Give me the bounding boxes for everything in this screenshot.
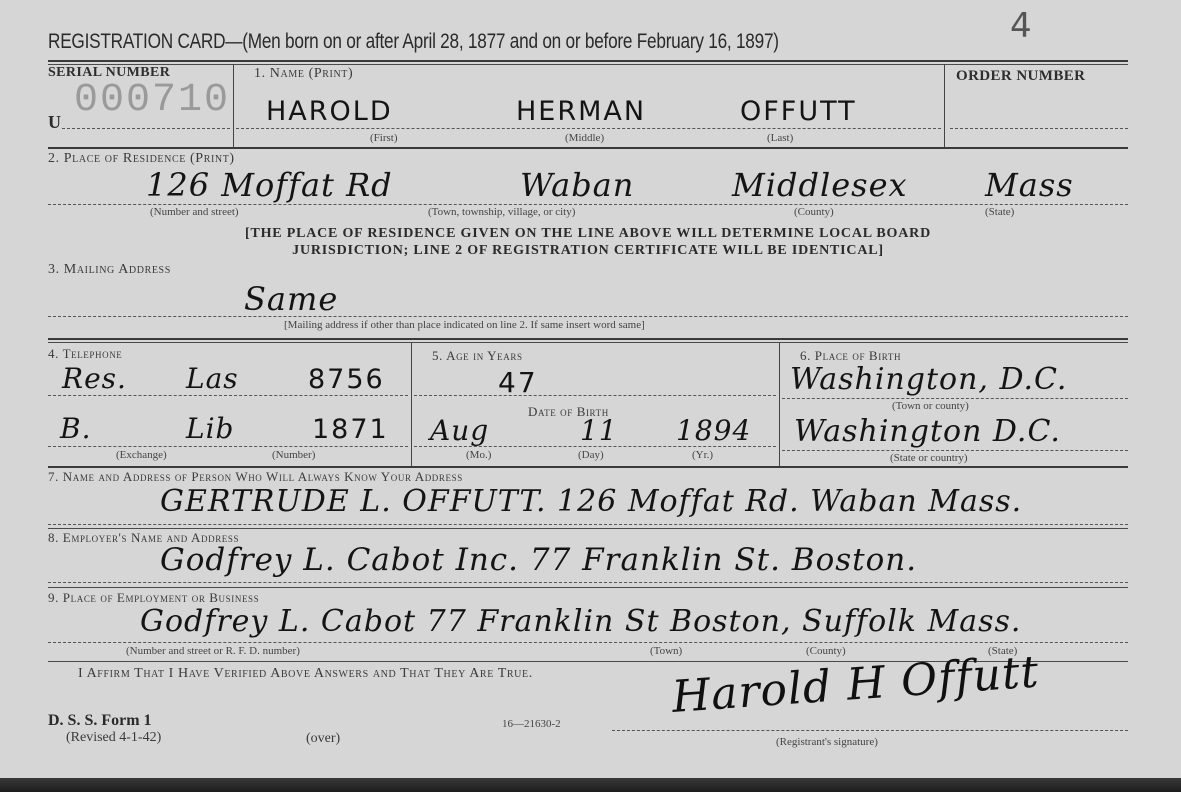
name-last-caption: (Last) [767, 132, 793, 144]
name-first-caption: (First) [370, 132, 398, 144]
signature-line [612, 730, 1128, 731]
divider-serial [233, 64, 234, 148]
telephone-res-type: Res. [62, 362, 127, 395]
dob-month: Aug [430, 414, 489, 447]
residence-street-caption: (Number and street) [150, 206, 239, 218]
residence-street: 126 Moffat Rd [146, 166, 393, 204]
order-number-label: ORDER NUMBER [956, 68, 1085, 85]
residence-county-caption: (County) [794, 206, 834, 218]
mailing-line [48, 316, 1128, 317]
birthplace-state: Washington D.C. [794, 414, 1061, 449]
dob-year-caption: (Yr.) [692, 449, 713, 461]
contact-value: GERTRUDE L. OFFUTT. 126 Moffat Rd. Waban… [160, 484, 1022, 519]
registration-card: REGISTRATION CARD—(Men born on or after … [0, 0, 1181, 782]
birthplace-state-caption: (State or country) [890, 452, 968, 464]
employment-value: Godfrey L. Cabot 77 Franklin St Boston, … [140, 604, 1021, 639]
form-number: D. S. S. Form 1 [48, 712, 152, 730]
rule-row3-2 [48, 342, 1128, 343]
residence-town: Waban [520, 166, 634, 204]
telephone-bus-type: B. [60, 412, 91, 445]
contact-line [48, 524, 1128, 525]
birthplace-town-caption: (Town or county) [892, 400, 969, 412]
residence-county: Middlesex [732, 166, 908, 204]
telephone-number-caption: (Number) [272, 449, 315, 461]
order-number-line [950, 128, 1128, 129]
contact-label: 7. Name and Address of Person Who Will A… [48, 469, 463, 485]
corner-mark: 4 [1010, 6, 1032, 46]
rule-row3 [48, 338, 1128, 340]
mailing-value: Same [244, 280, 338, 318]
telephone-res-number: 8756 [308, 364, 385, 395]
telephone-exchange-caption: (Exchange) [116, 449, 167, 461]
name-label: 1. Name (Print) [254, 66, 353, 82]
form-revised: (Revised 4-1-42) [66, 730, 161, 746]
telephone-bus-exchange: Lib [186, 412, 234, 445]
residence-state: Mass [985, 166, 1074, 204]
divider-telephone [411, 342, 412, 466]
residence-town-caption: (Town, township, village, or city) [428, 206, 575, 218]
birthplace-line-2 [782, 450, 1128, 451]
birthplace-line-1 [782, 398, 1128, 399]
telephone-line-1 [48, 395, 408, 396]
serial-prefix: U [48, 112, 61, 133]
mailing-label: 3. Mailing Address [48, 262, 171, 278]
name-middle: HERMAN [516, 96, 646, 127]
age-label: 5. Age in Years [432, 348, 523, 364]
dob-day: 11 [580, 414, 618, 447]
scan-bottom-edge [0, 778, 1181, 792]
dob-month-caption: (Mo.) [466, 449, 491, 461]
dob-line [414, 446, 776, 447]
serial-line [62, 128, 230, 129]
print-code: 16—21630-2 [502, 718, 561, 730]
residence-notice-line2: JURISDICTION; LINE 2 OF REGISTRATION CER… [48, 243, 1128, 259]
residence-state-caption: (State) [985, 206, 1014, 218]
rule-top-2 [48, 64, 1128, 65]
employer-line [48, 582, 1128, 583]
employment-town-caption: (Town) [650, 645, 682, 657]
name-middle-caption: (Middle) [565, 132, 604, 144]
residence-notice-line1: [THE PLACE OF RESIDENCE GIVEN ON THE LIN… [48, 226, 1128, 242]
residence-label: 2. Place of Residence (Print) [48, 151, 235, 167]
rule-row8 [48, 587, 1128, 588]
employment-line [48, 642, 1128, 643]
birthplace-town: Washington, D.C. [790, 362, 1067, 397]
rule-top [48, 60, 1128, 62]
employer-value: Godfrey L. Cabot Inc. 77 Franklin St. Bo… [160, 542, 917, 578]
name-first: HAROLD [266, 96, 393, 127]
divider-age [779, 342, 780, 466]
telephone-label: 4. Telephone [48, 346, 122, 362]
rule-row7 [48, 528, 1128, 529]
mailing-caption: [Mailing address if other than place ind… [284, 319, 645, 331]
age-line [414, 395, 776, 396]
signature-caption: (Registrant's signature) [776, 736, 878, 748]
card-title: REGISTRATION CARD—(Men born on or after … [48, 30, 779, 54]
telephone-bus-number: 1871 [312, 414, 389, 445]
residence-line [48, 204, 1128, 205]
serial-number-value: 000710 [74, 78, 230, 123]
rule-row1 [48, 147, 1128, 149]
registrant-signature: Harold H Offutt [670, 646, 1041, 723]
employment-county-caption: (County) [806, 645, 846, 657]
form-over: (over) [306, 731, 340, 747]
name-last: OFFUTT [740, 96, 857, 127]
telephone-res-exchange: Las [186, 362, 239, 395]
telephone-line-2 [48, 446, 408, 447]
rule-row4 [48, 466, 1128, 468]
affirmation-text: I Affirm That I Have Verified Above Answ… [78, 666, 533, 682]
dob-year: 1894 [676, 414, 751, 447]
employment-street-caption: (Number and street or R. F. D. number) [126, 645, 300, 657]
dob-day-caption: (Day) [578, 449, 604, 461]
name-line [236, 128, 941, 129]
divider-order [944, 64, 945, 148]
